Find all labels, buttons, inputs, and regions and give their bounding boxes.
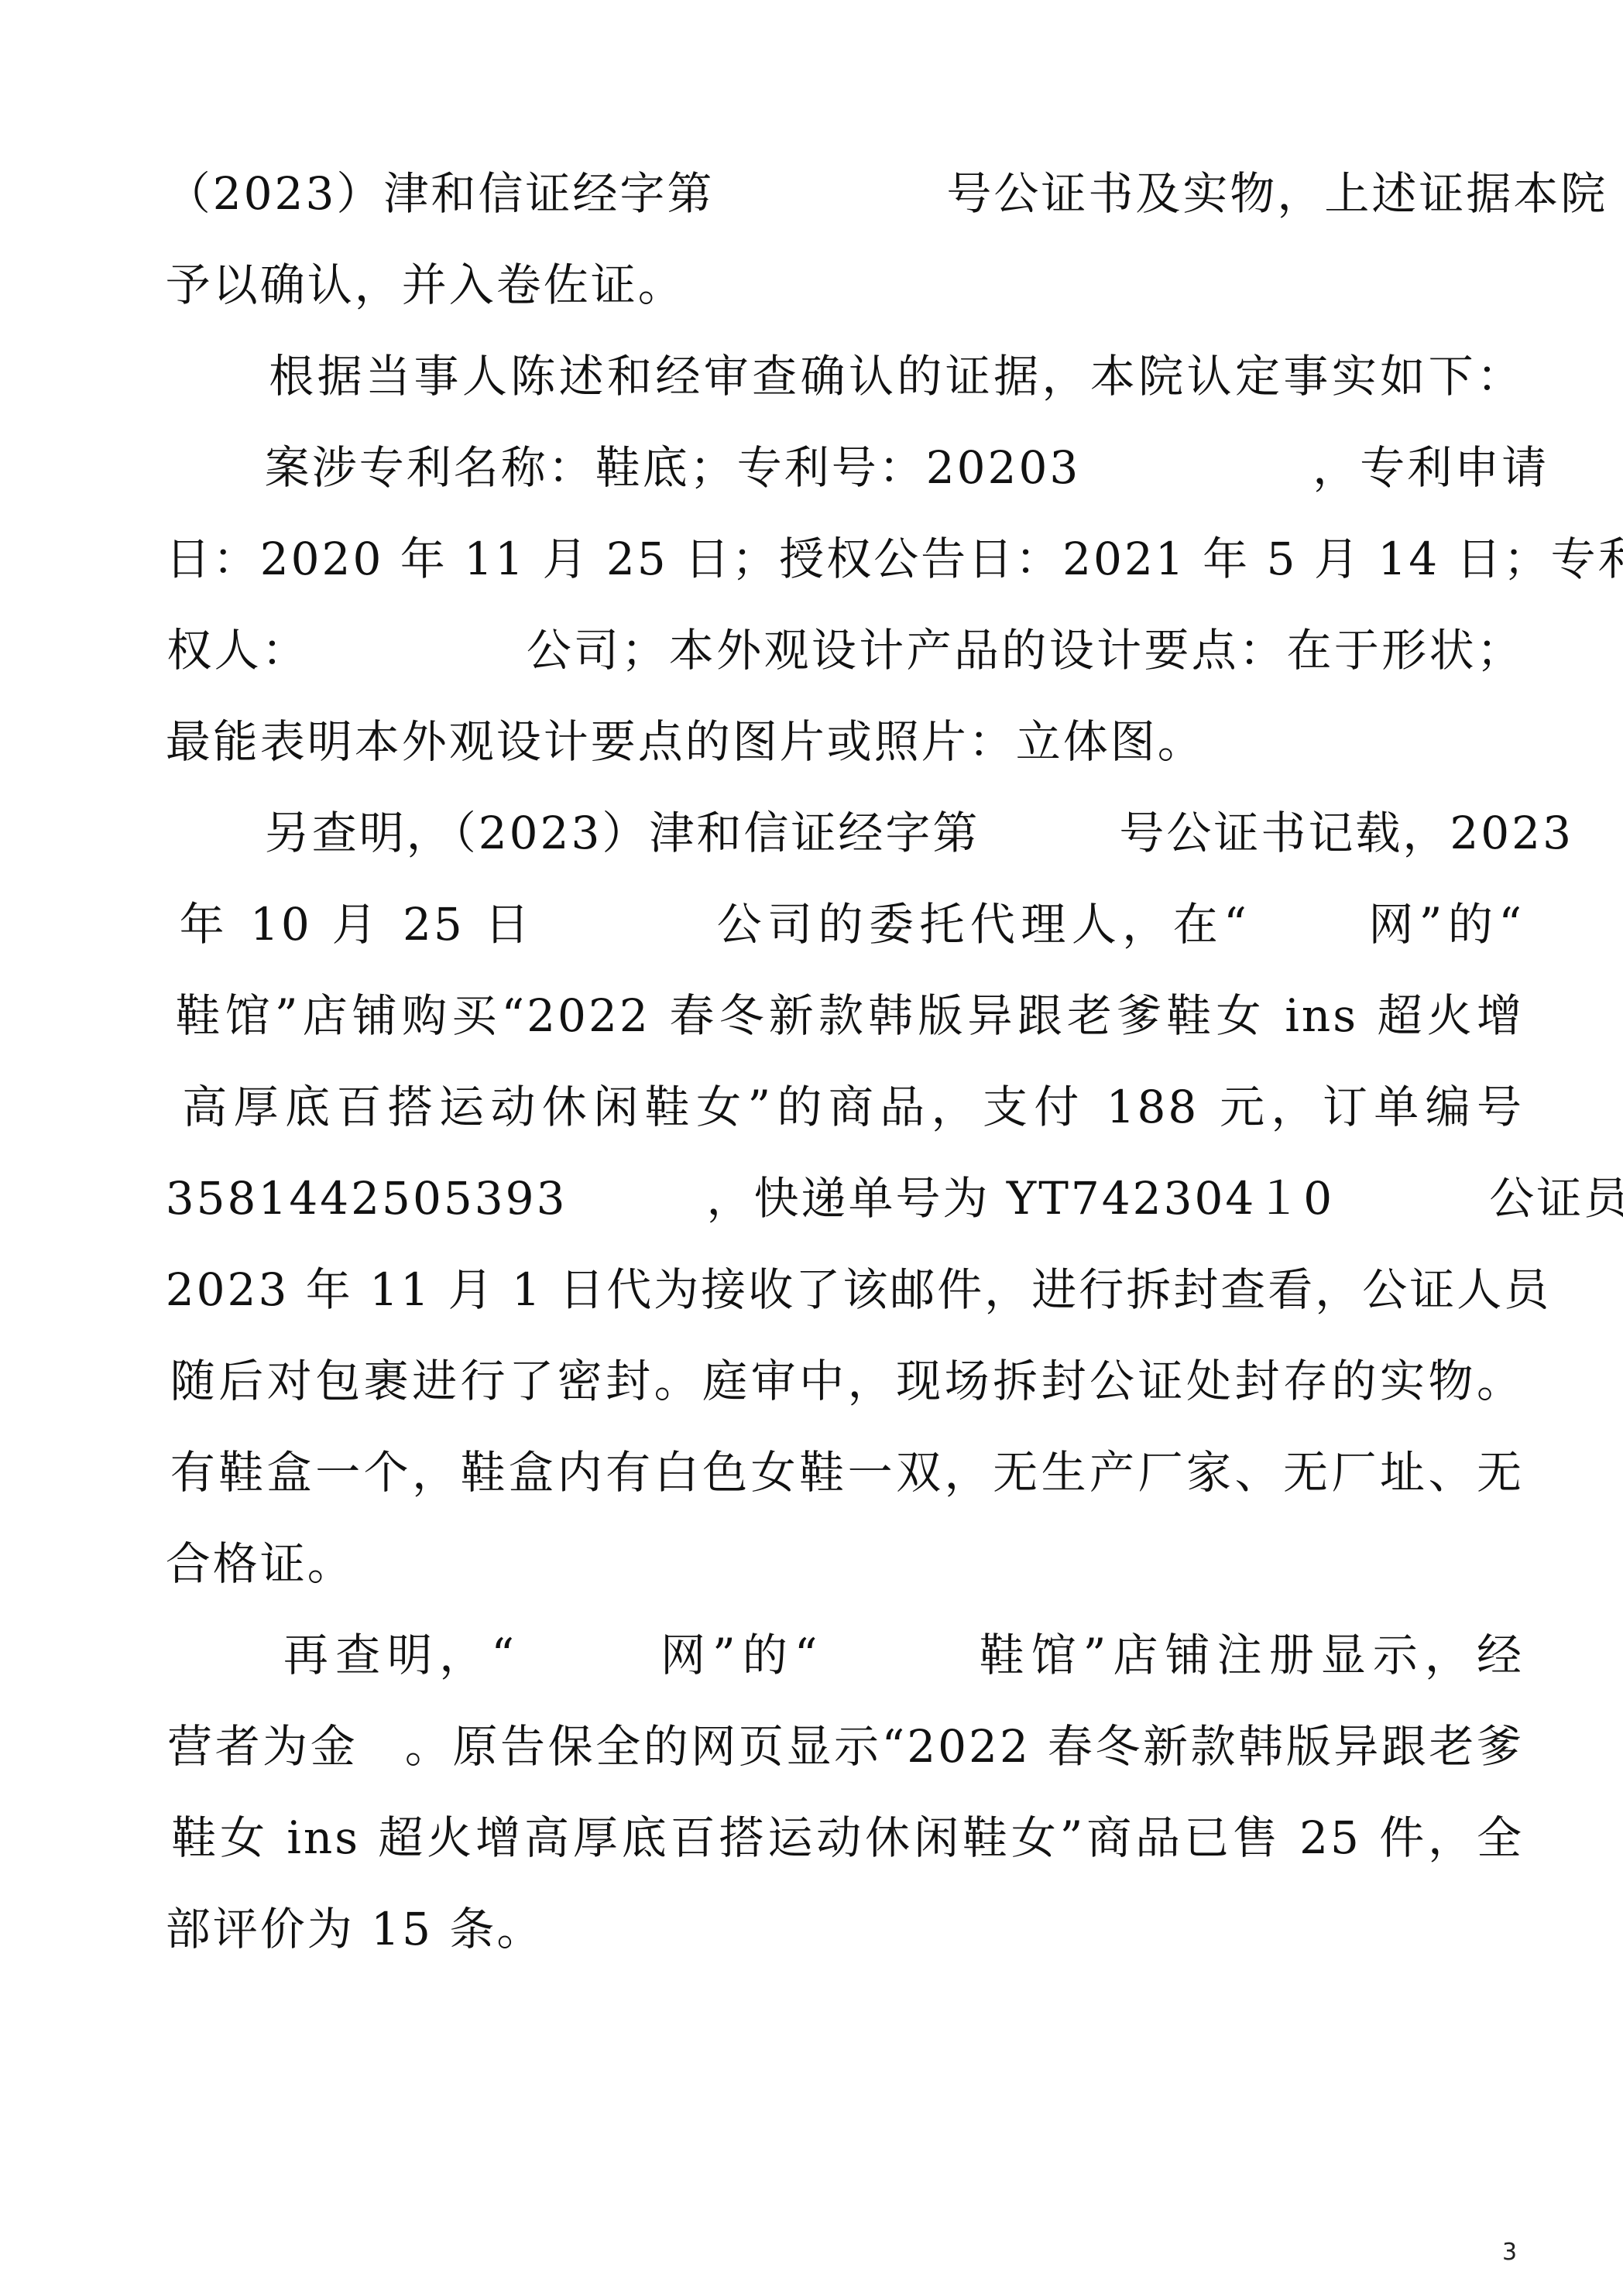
text-line-5: 日：2020 年 11 月 25 日；授权公告日：2021 年 5 月 14 日… [99,443,1524,520]
text-line-11: 高厚底百搭运动休闲鞋女”的商品，支付 188 元，订单编号 [99,991,1524,1068]
text-line-15: 有鞋盒一个，鞋盒内有白色女鞋一双，无生产厂家、无厂址、无 [99,1356,1524,1434]
text-line-16: 合格证。 [99,1448,1524,1525]
text-line-6: 权人：公司；本外观设计产品的设计要点：在于形状； [99,534,1524,612]
text-segment: 部评价为 15 条。 [166,1903,544,1955]
text-line-7: 最能表明本外观设计要点的图片或照片：立体图。 [99,625,1524,703]
text-line-19: 鞋女 ins 超火增高厚底百搭运动休闲鞋女”商品已售 25 件，全 [99,1722,1524,1799]
text-line-1: （2023）津和信证经字第号公证书及实物，上述证据本院 [99,77,1524,155]
text-line-2: 予以确认，并入卷佐证。 [99,169,1524,246]
text-line-9: 年 10 月 25 日公司的委托代理人，在“网”的“ [99,808,1524,886]
text-line-4: 案涉专利名称：鞋底；专利号：20203，专利申请 [198,351,1524,429]
text-line-18: 营者为金。原告保全的网页显示“2022 春冬新款韩版异跟老爹 [99,1630,1524,1708]
page-number: 3 [1502,2237,1517,2268]
document-page: （2023）津和信证经字第号公证书及实物，上述证据本院 予以确认，并入卷佐证。 … [0,0,1623,2296]
text-line-13: 2023 年 11 月 1 日代为接收了该邮件，进行拆封查看，公证人员 [99,1174,1524,1251]
text-line-20: 部评价为 15 条。 [99,1813,1524,1890]
text-line-3: 根据当事人陈述和经审查确认的证据，本院认定事实如下： [198,260,1524,338]
text-line-17: 再查明，“网”的“鞋馆”店铺注册显示，经 [198,1539,1524,1616]
text-line-10: 鞋馆”店铺购买“2022 春冬新款韩版异跟老爹鞋女 ins 超火增 [99,900,1524,977]
text-line-12: 3581442505393，快递单号为 YT742304１0公证员于 [99,1082,1524,1160]
text-line-14: 随后对包裹进行了密封。庭审中，现场拆封公证处封存的实物。 [99,1265,1524,1342]
text-line-8: 另查明，（2023）津和信证经字第号公证书记载，2023 [198,717,1524,794]
